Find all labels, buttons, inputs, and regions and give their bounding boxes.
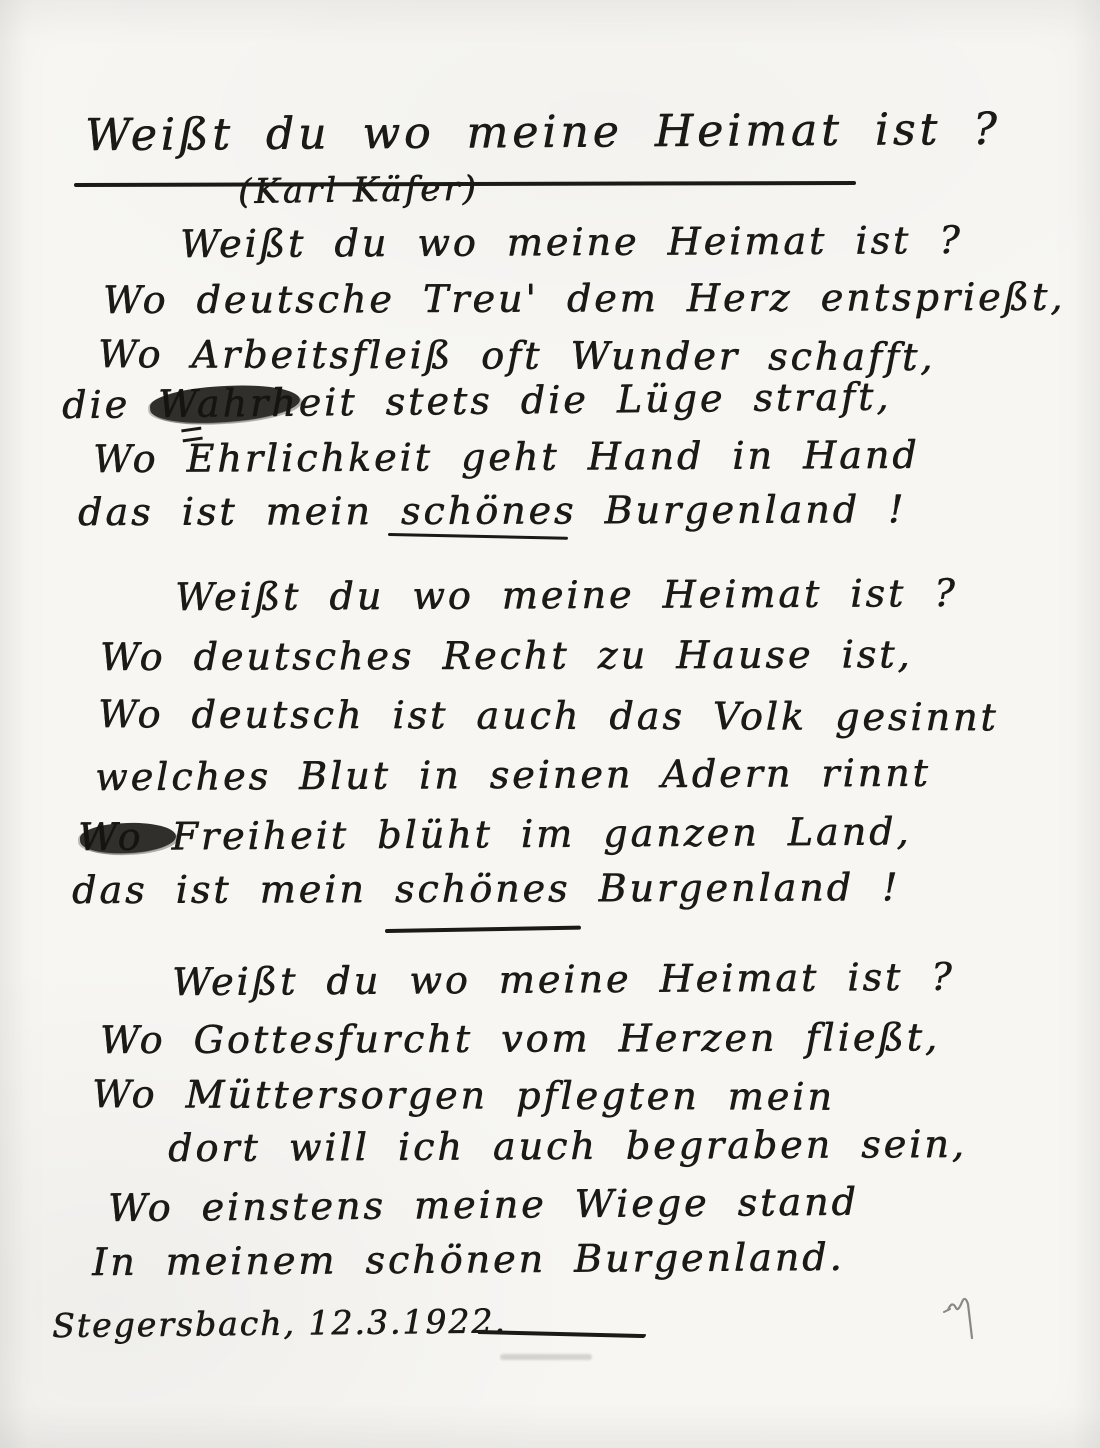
poem-line: In meinem schönen Burgenland. bbox=[92, 1235, 845, 1284]
footer-place-date: Stegersbach, 12.3.1922. bbox=[52, 1301, 507, 1345]
poem-author: (Karl Käfer) bbox=[238, 169, 479, 212]
poem-line: Wo einstens meine Wiege stand bbox=[108, 1179, 859, 1230]
poem-line: Wo Gottesfurcht vom Herzen fließt, bbox=[100, 1015, 940, 1062]
poem-line: das ist mein schönes Burgenland ! bbox=[78, 487, 906, 534]
poem-title: Weißt du wo meine Heimat ist ? bbox=[85, 104, 1001, 161]
pencil-initials-mark bbox=[942, 1288, 992, 1348]
pencil-squiggle-icon bbox=[942, 1288, 992, 1348]
poem-line: Wo deutsches Recht zu Hause ist, bbox=[100, 632, 913, 679]
poem-line: Weißt du wo meine Heimat ist ? bbox=[180, 218, 963, 266]
poem-line: Weißt du wo meine Heimat ist ? bbox=[172, 955, 955, 1004]
poem-line: dort will ich auch begraben sein, bbox=[168, 1122, 967, 1170]
insertion-mark bbox=[181, 427, 203, 443]
poem-line: Wo deutsche Treu' dem Herz entsprießt, bbox=[103, 275, 1065, 322]
poem-line: Wo Müttersorgen pflegten mein bbox=[92, 1072, 835, 1119]
poem-line: Wo Ehrlichkeit geht Hand in Hand bbox=[93, 433, 920, 481]
poem-line: Wo Freiheit blüht im ganzen Land, bbox=[78, 809, 912, 859]
poem-line: welches Blut in seinen Adern rinnt bbox=[95, 751, 931, 799]
ink-smudge bbox=[500, 1354, 592, 1360]
poem-line: Weißt du wo meine Heimat ist ? bbox=[175, 571, 958, 619]
poem-line: Wo deutsch ist auch das Volk gesinnt bbox=[98, 692, 999, 739]
poem-line: Wo Arbeitsfleiß oft Wunder schafft, bbox=[98, 332, 935, 379]
poem-line: das ist mein schönes Burgenland ! bbox=[72, 865, 900, 912]
word-underline-schoenes bbox=[388, 533, 568, 540]
word-underline-schoenes bbox=[385, 926, 581, 933]
manuscript-page: Weißt du wo meine Heimat ist ? (Karl Käf… bbox=[0, 0, 1100, 1448]
